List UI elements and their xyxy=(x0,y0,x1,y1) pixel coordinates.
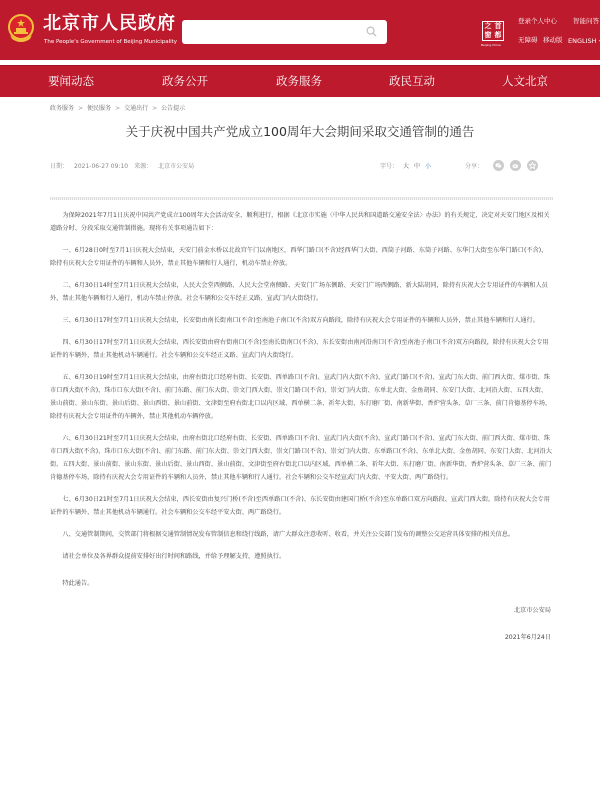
main-nav: 要闻动态 政务公开 政务服务 政民互动 人文北京 xyxy=(0,65,600,97)
closing-paragraph: 请社会单位及各界群众提前安排好出行时间和路线，并给予理解支持，遵照执行。 xyxy=(50,550,553,563)
breadcrumb-item[interactable]: 便民服务 xyxy=(87,105,111,112)
article-paragraph: 二、6月30日14时至7月1日庆祝大会结束，人民大会堂西侧路、人民大会堂南侧路、… xyxy=(50,279,553,305)
weibo-icon[interactable] xyxy=(510,160,521,171)
font-size-label: 字号： xyxy=(380,163,398,170)
font-size-medium[interactable]: 中 xyxy=(414,163,420,170)
nav-item-gov-service[interactable]: 政务服务 xyxy=(276,66,322,97)
site-subtitle: The People's Government of Beijing Munic… xyxy=(44,39,177,46)
article-paragraph: 六、6月30日21时至7月1日庆祝大会结束，由府右街北口经府右街、长安街、西单路… xyxy=(50,432,553,484)
favorite-icon[interactable] xyxy=(527,160,538,171)
source-value: 北京市公安局 xyxy=(158,163,194,170)
logo-caption: Beijing·China xyxy=(481,43,501,47)
wechat-icon[interactable] xyxy=(493,160,504,171)
nav-item-culture[interactable]: 人文北京 xyxy=(502,66,548,97)
nav-item-interaction[interactable]: 政民互动 xyxy=(389,66,435,97)
logo-char: 之 xyxy=(483,22,493,31)
article-body: 为保障2021年7月1日庆祝中国共产党成立100周年大会活动安全、顺利进行，根据… xyxy=(50,209,553,658)
date-field: 日期：2021-06-27 09:10 xyxy=(50,163,128,170)
breadcrumb-separator: > xyxy=(115,105,120,112)
page-title: 关于庆祝中国共产党成立100周年大会期间采取交通管制的通告 xyxy=(0,124,600,140)
logo-char: 都 xyxy=(493,31,503,40)
breadcrumb-item[interactable]: 交通出行 xyxy=(124,105,148,112)
national-emblem-icon[interactable] xyxy=(6,13,36,45)
article-paragraph: 三、6月30日17时至7月1日庆祝大会结束，长安街由南长街南口(不含)至南池子南… xyxy=(50,314,553,327)
search-icon[interactable] xyxy=(366,26,377,37)
search-input[interactable] xyxy=(182,20,387,44)
article-paragraph: 五、6月30日19时至7月1日庆祝大会结束，由府右街北口经府右街、长安街、西单路… xyxy=(50,371,553,423)
top-header: 北京市人民政府 The People's Government of Beiji… xyxy=(0,0,600,60)
english-dropdown[interactable]: ENGLISH xyxy=(568,37,600,45)
source-field: 来源：北京市公安局 xyxy=(134,163,194,170)
breadcrumb-item[interactable]: 公告提示 xyxy=(161,105,185,112)
breadcrumb-separator: > xyxy=(78,105,83,112)
mobile-link[interactable]: 移动版 xyxy=(543,36,563,44)
article-paragraph: 八、交通管制期间，交管部门将根据交通管制情况发布管制信息和绕行线路，请广大群众注… xyxy=(50,528,553,541)
date-value: 2021-06-27 09:10 xyxy=(74,163,128,170)
site-title[interactable]: 北京市人民政府 xyxy=(43,14,176,34)
divider xyxy=(50,197,553,200)
accessibility-link[interactable]: 无障碍 xyxy=(518,36,538,44)
english-label: ENGLISH xyxy=(568,37,597,45)
article-paragraph: 一、6月28日0时至7月1日庆祝大会结束，天安门前金水桥以北故宫午门以南地区，西… xyxy=(50,244,553,270)
signature: 北京市公安局 xyxy=(50,604,553,617)
smart-qa-link[interactable]: 智能问答 xyxy=(573,17,599,25)
article-meta: 日期：2021-06-27 09:10来源：北京市公安局 xyxy=(50,163,194,171)
closing-paragraph: 特此通告。 xyxy=(50,577,553,590)
breadcrumb-item[interactable]: 政务服务 xyxy=(50,105,74,112)
capital-window-logo[interactable]: 之 首 窗 都 Beijing·China xyxy=(481,20,509,46)
breadcrumb: 政务服务>便民服务>交通出行>公告提示 xyxy=(50,105,185,113)
logo-char: 首 xyxy=(493,22,503,31)
login-link[interactable]: 登录个人中心 xyxy=(518,17,557,25)
font-size-large[interactable]: 大 xyxy=(403,163,409,170)
nav-item-news[interactable]: 要闻动态 xyxy=(48,66,94,97)
logo-char: 窗 xyxy=(483,31,493,40)
article-paragraph: 七、6月30日21时至7月1日庆祝大会结束，西长安街由复兴门桥(不含)至西单路口… xyxy=(50,493,553,519)
font-size-small[interactable]: 小 xyxy=(425,163,431,170)
breadcrumb-separator: > xyxy=(152,105,157,112)
date-label: 日期： xyxy=(50,163,68,170)
source-label: 来源： xyxy=(134,163,152,170)
sign-date: 2021年6月24日 xyxy=(50,631,553,644)
article-paragraph: 为保障2021年7月1日庆祝中国共产党成立100周年大会活动安全、顺利进行，根据… xyxy=(50,209,553,235)
share-label: 分享： xyxy=(465,163,483,171)
nav-item-gov-open[interactable]: 政务公开 xyxy=(162,66,208,97)
article-paragraph: 四、6月30日17时至7月1日庆祝大会结束，西长安街由府右街南口(不含)至南长街… xyxy=(50,336,553,362)
font-size-control: 字号：大中小 xyxy=(380,163,431,171)
